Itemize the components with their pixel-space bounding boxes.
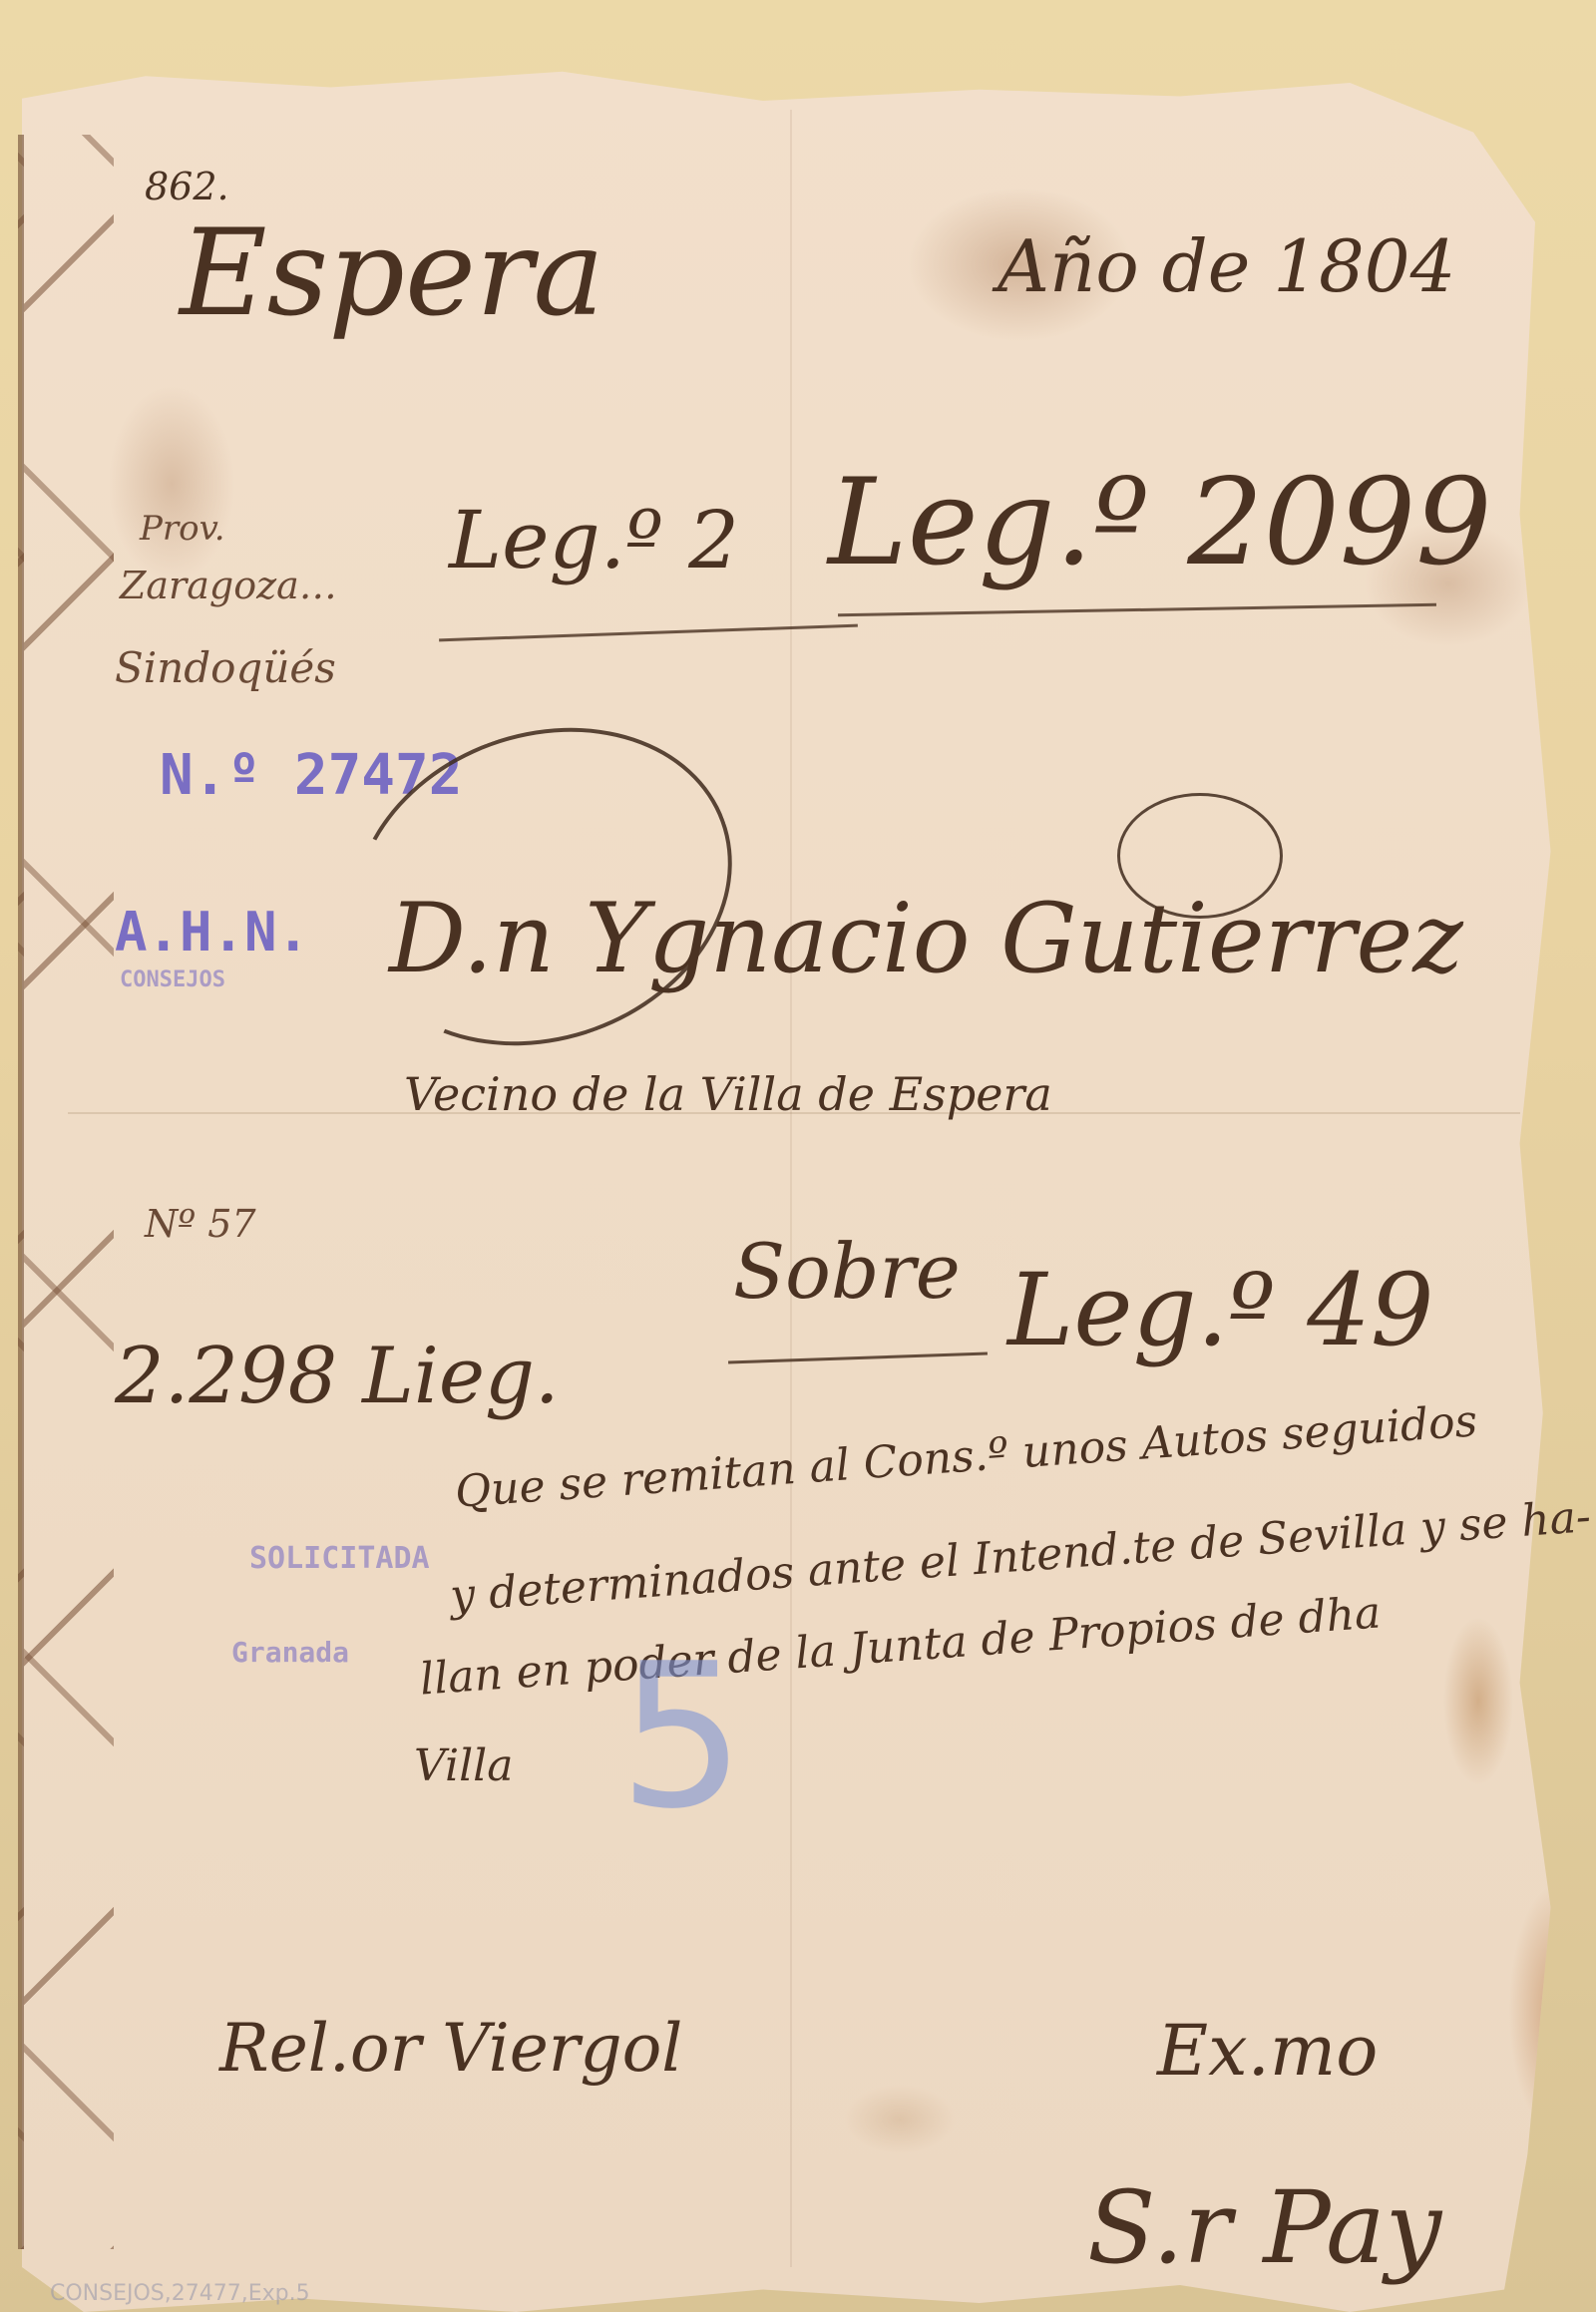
margin-ref-1: Nº 57 — [145, 1202, 256, 1246]
margin-note-line-2: Zaragoza… — [120, 564, 337, 607]
ahn-stamp-title: A.H.N. — [115, 901, 309, 963]
subject-label: Sobre — [733, 1227, 961, 1316]
legajo-current: Leg.º 2099 — [828, 454, 1492, 592]
subject-legajo: Leg.º 49 — [1007, 1252, 1433, 1368]
vertical-fold — [790, 110, 792, 2267]
archive-reference-watermark: CONSEJOS,27477,Exp.5 — [50, 2281, 310, 2306]
ahn-stamp-subtitle: CONSEJOS — [120, 967, 225, 992]
margin-note-line-1: Prov. — [140, 509, 225, 549]
signature-right-line-2: S.r Pay — [1087, 2169, 1441, 2286]
place-heading: Espera — [180, 204, 604, 343]
solicitada-stamp-line-2: Granada — [231, 1636, 349, 1669]
party-residence: Vecino de la Villa de Espera — [404, 1067, 1052, 1121]
binding-cord-edge — [18, 135, 114, 2249]
folio-number: 862. — [145, 165, 229, 208]
margin-note-line-3: Sindoqüés — [115, 643, 336, 692]
signature-right-line-1: Ex.mo — [1157, 2010, 1378, 2092]
signature-left: Rel.or Viergol — [219, 2010, 682, 2087]
manuscript-page: 862. Espera Año de 1804 Prov. Zaragoza… … — [10, 55, 1566, 2312]
solicitada-stamp-line-1: SOLICITADA — [249, 1541, 430, 1576]
blue-pencil-mark: 5 — [618, 1621, 745, 1853]
margin-ref-2: 2.298 Lieg. — [115, 1332, 560, 1421]
year-line: Año de 1804 — [997, 224, 1455, 308]
party-name: D.n Ygnacio Gutierrez — [389, 883, 1463, 994]
body-line-4: Villa — [414, 1740, 513, 1791]
parchment-sheet — [22, 65, 1566, 2312]
legajo-struck: Leg.º 2 — [449, 494, 739, 586]
